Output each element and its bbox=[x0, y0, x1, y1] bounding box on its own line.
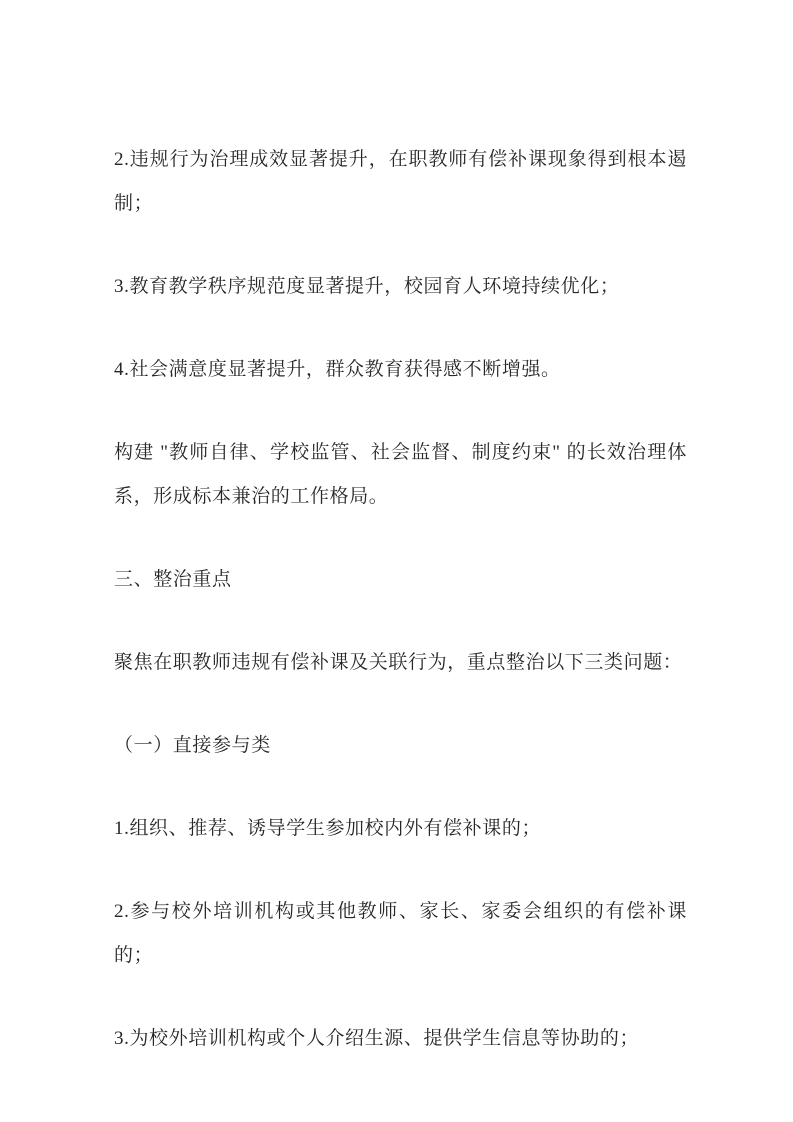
document-page: 2.违规行为治理成效显著提升，在职教师有偿补课现象得到根本遏制； 3.教育教学秩… bbox=[0, 0, 793, 1122]
paragraph-goal-2: 2.违规行为治理成效显著提升，在职教师有偿补课现象得到根本遏制； bbox=[114, 138, 687, 226]
subsection-heading-direct: （一）直接参与类 bbox=[114, 724, 687, 768]
document-content: 2.违规行为治理成效显著提升，在职教师有偿补课现象得到根本遏制； 3.教育教学秩… bbox=[0, 0, 793, 1122]
section-heading-key-points: 三、整治重点 bbox=[114, 558, 687, 602]
paragraph-direct-item-1: 1.组织、推荐、诱导学生参加校内外有偿补课的； bbox=[114, 807, 687, 851]
paragraph-direct-item-3: 3.为校外培训机构或个人介绍生源、提供学生信息等协助的； bbox=[114, 1017, 687, 1061]
paragraph-goal-4: 4.社会满意度显著提升，群众教育获得感不断增强。 bbox=[114, 348, 687, 392]
paragraph-direct-item-2: 2.参与校外培训机构或其他教师、家长、家委会组织的有偿补课的； bbox=[114, 890, 687, 978]
paragraph-focus-intro: 聚焦在职教师违规有偿补课及关联行为，重点整治以下三类问题： bbox=[114, 641, 687, 685]
paragraph-goal-3: 3.教育教学秩序规范度显著提升，校园育人环境持续优化； bbox=[114, 265, 687, 309]
paragraph-system-building: 构建 "教师自律、学校监管、社会监督、制度约束" 的长效治理体系，形成标本兼治的… bbox=[114, 431, 687, 519]
